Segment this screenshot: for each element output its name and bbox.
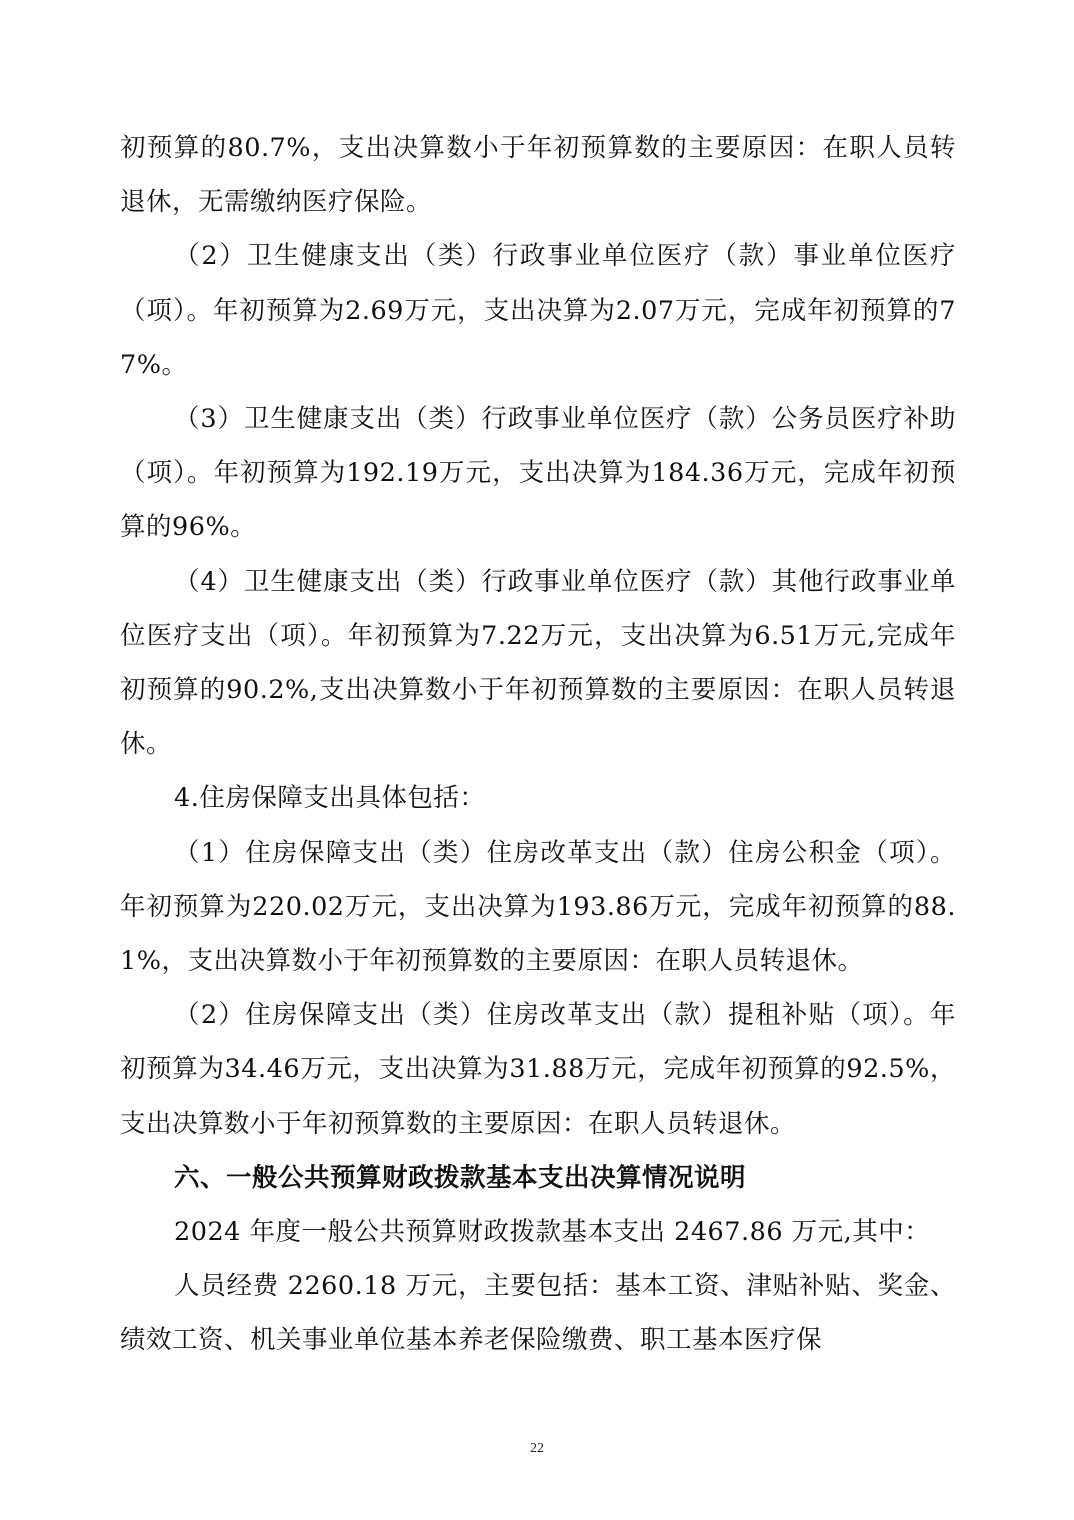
paragraph-civil-servant-medical-subsidy: （3）卫生健康支出（类）行政事业单位医疗（款）公务员医疗补助（项）。年初预算为1… [120,392,956,555]
paragraph-rent-subsidy: （2）住房保障支出（类）住房改革支出（款）提租补贴（项）。年初预算为34.46万… [120,988,956,1151]
document-page: 初预算的80.7%，支出决算数小于年初预算数的主要原因：在职人员转退休，无需缴纳… [0,0,1074,1520]
paragraph-continuation-medical-insurance: 初预算的80.7%，支出决算数小于年初预算数的主要原因：在职人员转退休，无需缴纳… [120,121,956,229]
page-number: 22 [0,1441,1074,1457]
paragraph-housing-intro: 4.住房保障支出具体包括： [120,771,956,825]
paragraph-personnel-expenses: 人员经费 2260.18 万元，主要包括：基本工资、津贴补贴、奖金、绩效工资、机… [120,1259,956,1367]
document-body: 初预算的80.7%，支出决算数小于年初预算数的主要原因：在职人员转退休，无需缴纳… [120,121,956,1368]
section-heading: 六、一般公共预算财政拨款基本支出决算情况说明 [120,1151,956,1205]
paragraph-housing-provident-fund: （1）住房保障支出（类）住房改革支出（款）住房公积金（项）。年初预算为220.0… [120,826,956,989]
paragraph-basic-expenditure-total: 2024 年度一般公共预算财政拨款基本支出 2467.86 万元,其中： [120,1205,956,1259]
paragraph-institution-medical: （2）卫生健康支出（类）行政事业单位医疗（款）事业单位医疗（项）。年初预算为2.… [120,229,956,392]
paragraph-other-medical-expenditure: （4）卫生健康支出（类）行政事业单位医疗（款）其他行政事业单位医疗支出（项）。年… [120,555,956,772]
